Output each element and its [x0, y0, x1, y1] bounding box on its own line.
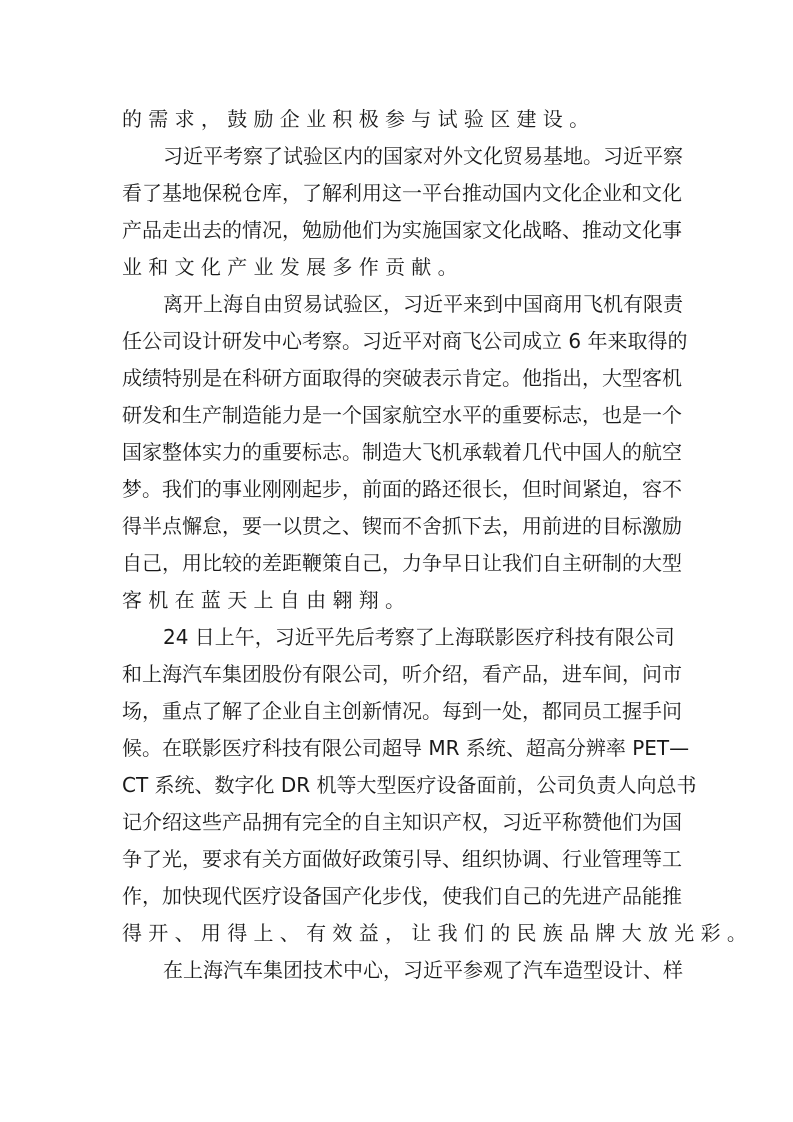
- text-line: 产品走出去的情况，勉励他们为实施国家文化战略、推动文化事: [122, 212, 674, 249]
- text-line: 和上海汽车集团股份有限公司，听介绍，看产品，进车间，问市: [122, 656, 674, 693]
- paragraph-1: 的需求，鼓励企业积极参与试验区建设。: [122, 101, 674, 138]
- text-line: 国家整体实力的重要标志。制造大飞机承载着几代中国人的航空: [122, 434, 674, 471]
- text-line: 24 日上午，习近平先后考察了上海联影医疗科技有限公司: [122, 619, 674, 656]
- text-line: 业和文化产业发展多作贡献。: [122, 249, 674, 286]
- text-line: 自己，用比较的差距鞭策自己，力争早日让我们自主研制的大型: [122, 545, 674, 582]
- text-line: 研发和生产制造能力是一个国家航空水平的重要标志，也是一个: [122, 397, 674, 434]
- text-line: 成绩特别是在科研方面取得的突破表示肯定。他指出，大型客机: [122, 360, 674, 397]
- paragraph-4: 24 日上午，习近平先后考察了上海联影医疗科技有限公司 和上海汽车集团股份有限公…: [122, 619, 674, 952]
- text-line: 场，重点了解了企业自主创新情况。每到一处，都同员工握手问: [122, 693, 674, 730]
- text-line: 任公司设计研发中心考察。习近平对商飞公司成立 6 年来取得的: [122, 323, 674, 360]
- paragraph-5: 在上海汽车集团技术中心，习近平参观了汽车造型设计、样: [122, 952, 674, 989]
- text-line: 候。在联影医疗科技有限公司超导 MR 系统、超高分辨率 PET—: [122, 730, 674, 767]
- text-line: 习近平考察了试验区内的国家对外文化贸易基地。习近平察: [122, 138, 674, 175]
- text-line: 得半点懈怠，要一以贯之、锲而不舍抓下去，用前进的目标激励: [122, 508, 674, 545]
- text-line: 看了基地保税仓库，了解利用这一平台推动国内文化企业和文化: [122, 175, 674, 212]
- paragraph-2: 习近平考察了试验区内的国家对外文化贸易基地。习近平察 看了基地保税仓库，了解利用…: [122, 138, 674, 286]
- text-line: CT 系统、数字化 DR 机等大型医疗设备面前，公司负责人向总书: [122, 767, 674, 804]
- text-line: 得开、用得上、有效益，让我们的民族品牌大放光彩。: [122, 915, 674, 952]
- text-line: 的需求，鼓励企业积极参与试验区建设。: [122, 101, 674, 138]
- paragraph-3: 离开上海自由贸易试验区，习近平来到中国商用飞机有限责 任公司设计研发中心考察。习…: [122, 286, 674, 619]
- text-line: 在上海汽车集团技术中心，习近平参观了汽车造型设计、样: [122, 952, 674, 989]
- text-line: 记介绍这些产品拥有完全的自主知识产权，习近平称赞他们为国: [122, 804, 674, 841]
- text-line: 离开上海自由贸易试验区，习近平来到中国商用飞机有限责: [122, 286, 674, 323]
- text-line: 梦。我们的事业刚刚起步，前面的路还很长，但时间紧迫，容不: [122, 471, 674, 508]
- text-line: 客机在蓝天上自由翱翔。: [122, 582, 674, 619]
- text-line: 争了光，要求有关方面做好政策引导、组织协调、行业管理等工: [122, 841, 674, 878]
- text-line: 作，加快现代医疗设备国产化步伐，使我们自己的先进产品能推: [122, 878, 674, 915]
- document-page: 的需求，鼓励企业积极参与试验区建设。 习近平考察了试验区内的国家对外文化贸易基地…: [122, 101, 674, 989]
